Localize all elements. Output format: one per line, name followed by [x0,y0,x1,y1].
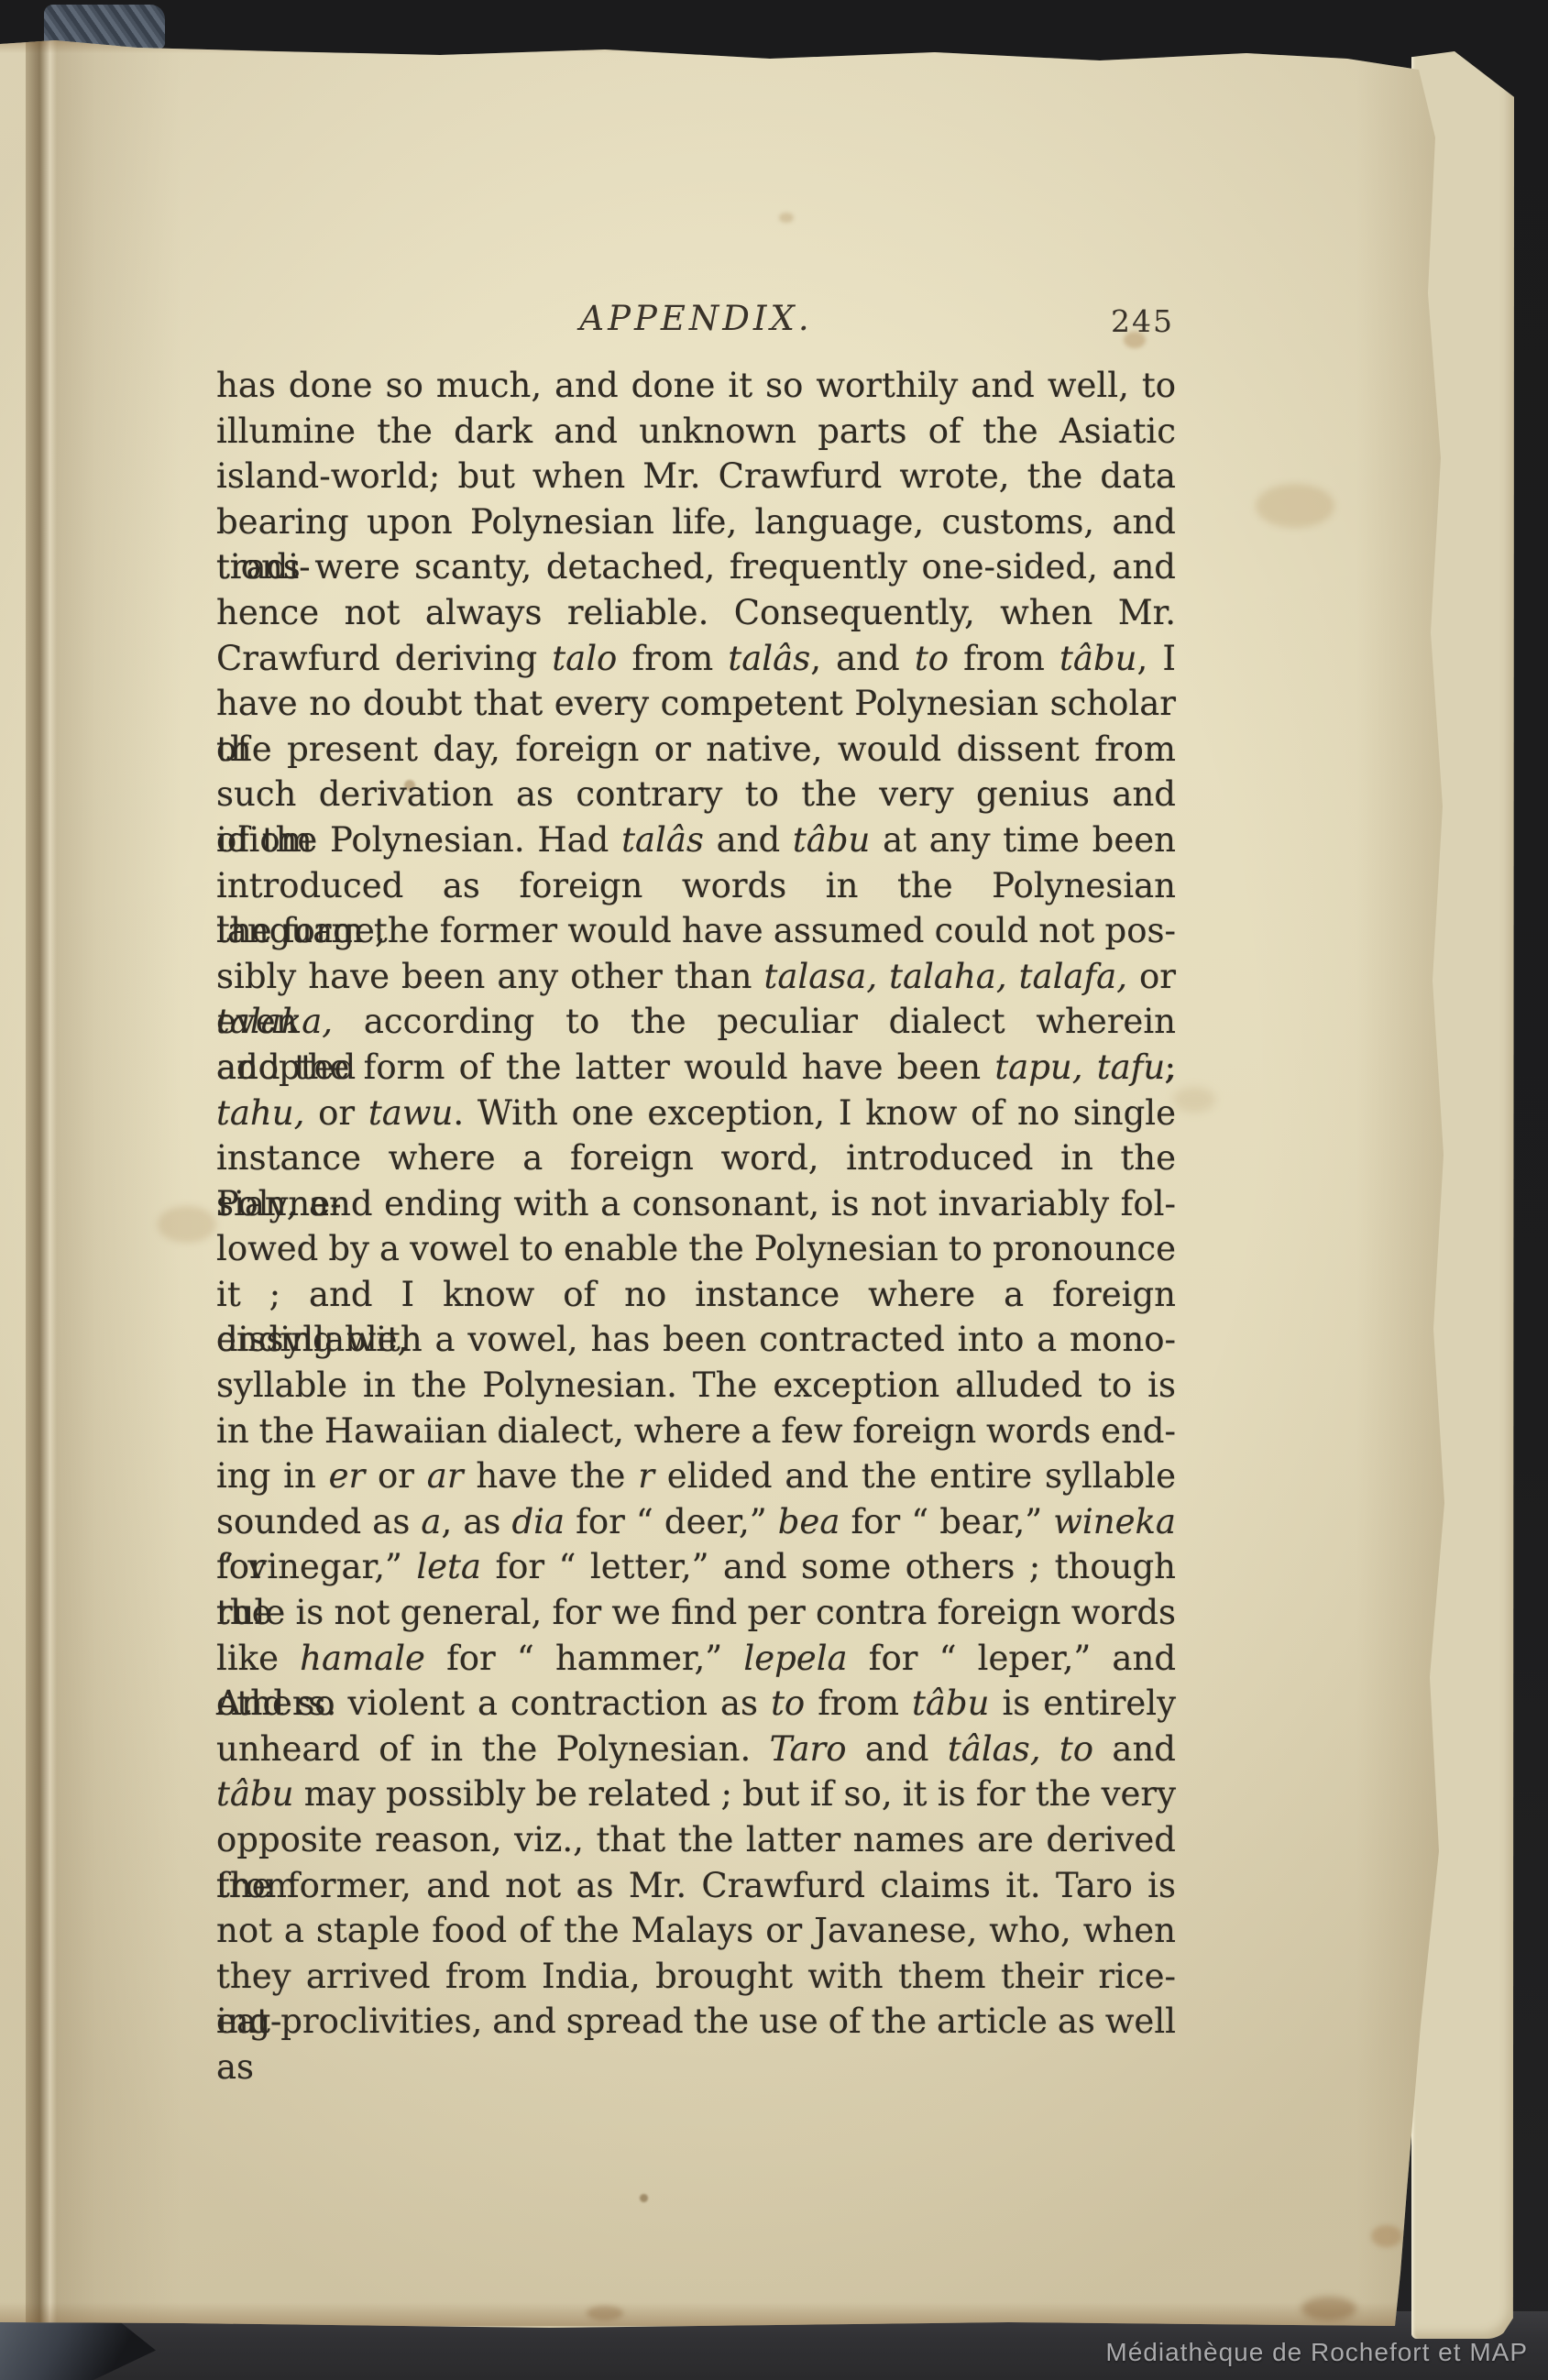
text-line: have no doubt that every competent Polyn… [216,681,1176,727]
text-segment: island-world; but when Mr. Crawfurd wrot… [216,456,1176,496]
text-line: ending with a vowel, has been contracted… [216,1317,1176,1363]
text-segment: from [805,1684,912,1723]
text-segment: , and [810,639,915,678]
text-segment: illumine the dark and unknown parts of t… [216,411,1176,451]
text-segment: and [704,820,793,860]
running-head: APPENDIX. 245 [216,299,1176,345]
text-line: ing in er or ar have the r elided and th… [216,1453,1176,1499]
text-line: introduced as foreign words in the Polyn… [216,863,1176,909]
foxing-stain [640,2194,648,2202]
italic-text-segment: talaka, [216,1002,333,1041]
text-segment: unheard of in the Polynesian. [216,1729,770,1769]
text-segment: at any time been [870,820,1176,860]
text-line: the former, and not as Mr. Crawfurd clai… [216,1863,1176,1909]
text-segment: , I [1136,639,1176,678]
text-segment: for “ deer,” [565,1502,778,1541]
italic-text-segment: wineka [1053,1502,1176,1541]
text-line: and the form of the latter would have be… [216,1045,1176,1091]
bottom-edge-browning [0,2302,1407,2326]
text-line: talaka, according to the peculiar dialec… [216,999,1176,1045]
text-segment: sibly have been any other than [216,957,763,996]
italic-text-segment: lepela [743,1639,847,1678]
text-segment: may possibly be related ; but if so, it … [293,1774,1176,1814]
italic-text-segment: tapu, tafu, [994,1047,1176,1087]
page-title: APPENDIX. [216,299,1176,338]
text-line: the present day, foreign or native, woul… [216,727,1176,773]
body-text-block: has done so much, and done it so worthil… [216,363,1176,2045]
text-segment: like [216,1639,300,1678]
italic-text-segment: tahu, [216,1093,304,1133]
text-segment: or [304,1093,368,1133]
italic-text-segment: talâs [621,820,704,860]
binding-crease [26,37,57,2324]
italic-text-segment: leta [416,1547,481,1586]
italic-text-segment: talasa, talaha, talafa, [763,957,1127,996]
text-line: such derivation as contrary to the very … [216,772,1176,817]
page-number: 245 [1111,303,1174,339]
text-segment: tions were scanty, detached, frequently … [216,547,1176,587]
italic-text-segment: hamale [300,1639,425,1678]
library-watermark: Médiathèque de Rochefort et MAP [1105,2338,1528,2367]
text-segment: for “ bear,” [840,1502,1053,1541]
text-line: And so violent a contraction as to from … [216,1681,1176,1727]
text-segment: And so violent a contraction as [216,1684,771,1723]
text-segment: sounded as [216,1502,421,1541]
text-line: bearing upon Polynesian life, language, … [216,499,1176,545]
italic-text-segment: a [421,1502,441,1541]
scanned-book-page: APPENDIX. 245 has done so much, and done… [0,0,1548,2380]
text-line: has done so much, and done it so worthil… [216,363,1176,409]
text-line: sibly have been any other than talasa, t… [216,954,1176,1000]
text-line: of the Polynesian. Had talâs and tâbu at… [216,817,1176,863]
italic-text-segment: tâbu [216,1774,293,1814]
text-segment: the former, and not as Mr. Crawfurd clai… [216,1866,1176,1905]
text-line: Crawfurd deriving talo from talâs, and t… [216,636,1176,682]
text-line: instance where a foreign word, introduce… [216,1135,1176,1181]
text-line: sian, and ending with a consonant, is no… [216,1181,1176,1227]
text-line: opposite reason, viz., that the latter n… [216,1817,1176,1863]
italic-text-segment: dia [511,1502,565,1541]
text-segment: ending with a vowel, has been contracted… [216,1320,1176,1359]
text-segment: sian, and ending with a consonant, is no… [216,1184,1176,1223]
text-segment: has done so much, and done it so worthil… [216,366,1176,405]
italic-text-segment: er [329,1456,366,1496]
text-segment: have the [464,1456,639,1496]
foxing-stain [779,213,794,223]
text-line: like hamale for “ hammer,” lepela for “ … [216,1636,1176,1682]
italic-text-segment: to [915,639,949,678]
text-line: “ vinegar,” leta for “ letter,” and some… [216,1544,1176,1590]
text-segment: “ vinegar,” [216,1547,416,1586]
italic-text-segment: bea [778,1502,840,1541]
text-segment: is entirely [989,1684,1176,1723]
italic-text-segment: tâbu [1059,639,1136,678]
text-segment: . With one exception, I know of no singl… [453,1093,1176,1133]
text-segment: ing in [216,1456,329,1496]
text-segment: the present day, foreign or native, woul… [216,729,1176,769]
italic-text-segment: to [771,1684,805,1723]
text-line: unheard of in the Polynesian. Taro and t… [216,1727,1176,1772]
text-line: tions were scanty, detached, frequently … [216,544,1176,590]
text-line: tahu, or tawu. With one exception, I kno… [216,1091,1176,1136]
text-line: they arrived from India, brought with th… [216,1954,1176,2000]
text-segment: of the Polynesian. Had [216,820,621,860]
text-segment: and the form of the latter would have be… [216,1047,994,1087]
text-segment: the form the former would have assumed c… [216,911,1176,950]
foxing-stain [1301,2297,1356,2320]
italic-text-segment: Taro [770,1729,847,1769]
italic-text-segment: ar [427,1456,464,1496]
text-segment: rule is not general, for we find per con… [216,1593,1176,1632]
text-segment: lowed by a vowel to enable the Polynesia… [216,1229,1176,1268]
text-segment: , as [441,1502,511,1541]
text-line: sounded as a, as dia for “ deer,” bea fo… [216,1499,1176,1545]
text-segment: syllable in the Polynesian. The exceptio… [216,1365,1176,1405]
text-segment: in the Hawaiian dialect, where a few for… [216,1411,1176,1451]
text-line: lowed by a vowel to enable the Polynesia… [216,1226,1176,1272]
text-segment: from [949,639,1059,678]
text-segment: from [617,639,728,678]
text-line: illumine the dark and unknown parts of t… [216,409,1176,455]
text-line: tâbu may possibly be related ; but if so… [216,1771,1176,1817]
text-segment: not a staple food of the Malays or Javan… [216,1911,1176,1950]
page-paper: APPENDIX. 245 has done so much, and done… [0,0,1548,2380]
text-segment: for “ hammer,” [425,1639,743,1678]
italic-text-segment: tâbu [912,1684,989,1723]
italic-text-segment: talo [552,639,617,678]
text-segment: Crawfurd deriving [216,639,552,678]
foxing-stain [1173,1087,1215,1113]
text-line: ing proclivities, and spread the use of … [216,1999,1176,2045]
text-line: not a staple food of the Malays or Javan… [216,1908,1176,1954]
text-segment: and [1093,1729,1176,1769]
italic-text-segment: r [638,1456,654,1496]
text-line: it ; and I know of no instance where a f… [216,1272,1176,1318]
top-edge-browning [0,35,1430,53]
italic-text-segment: tawu [368,1093,453,1133]
text-segment: hence not always reliable. Consequently,… [216,593,1176,632]
foxing-stain [1256,484,1334,528]
italic-text-segment: talâs [728,639,810,678]
foxing-stain [1371,2225,1402,2247]
text-line: island-world; but when Mr. Crawfurd wrot… [216,454,1176,499]
foxing-stain [587,2306,623,2320]
italic-text-segment: tâlas, to [948,1729,1093,1769]
text-line: rule is not general, for we find per con… [216,1590,1176,1636]
foxing-stain [158,1206,216,1243]
text-segment: and [847,1729,948,1769]
text-line: in the Hawaiian dialect, where a few for… [216,1409,1176,1454]
text-line: syllable in the Polynesian. The exceptio… [216,1363,1176,1409]
italic-text-segment: tâbu [793,820,870,860]
text-segment: or [365,1456,427,1496]
text-line: the form the former would have assumed c… [216,908,1176,954]
text-line: hence not always reliable. Consequently,… [216,590,1176,636]
text-segment: elided and the entire syllable [654,1456,1176,1496]
